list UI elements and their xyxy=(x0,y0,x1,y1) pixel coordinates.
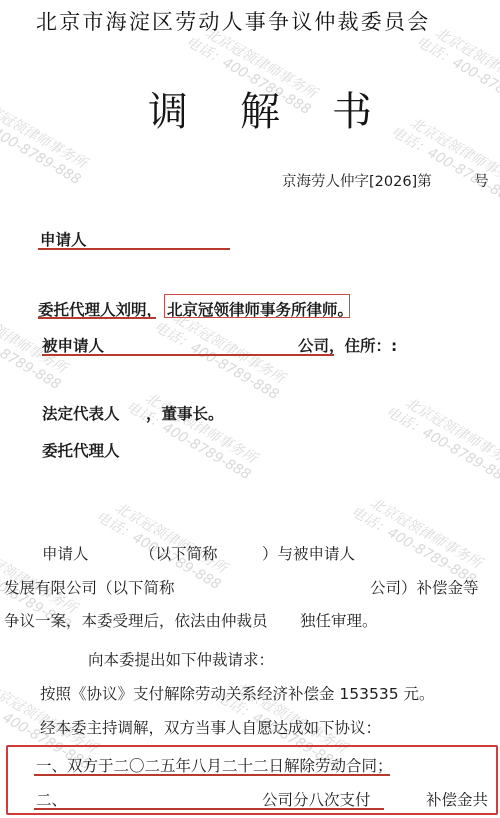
paragraph-agreement-intro: 经本委主持调解，双方当事人自愿达成如下协议： xyxy=(40,716,381,738)
paragraph-vs-respondent: ）与被申请人 xyxy=(262,542,355,564)
paragraph-compensation: 公司）补偿金等 xyxy=(370,576,479,598)
mediation-document-page: 北京冠领律师事务所电话：400-8789-888 北京冠领律师事务所电话：400… xyxy=(0,0,500,818)
paragraph-applicant: 申请人 xyxy=(42,542,89,564)
paragraph-company: 发展有限公司（以下简称 xyxy=(4,576,175,598)
watermark: 北京冠领律师事务所电话：400-8789-888 xyxy=(358,495,487,589)
watermark: 北京冠领律师事务所电话：400-8789-888 xyxy=(393,395,500,489)
watermark: 北京冠领律师事务所电话：400-8789-888 xyxy=(161,310,290,404)
title-char: 书 xyxy=(332,80,424,137)
organization-title: 北京市海淀区劳动人事争议仲裁委员会 xyxy=(36,6,430,36)
reference-suffix: 号 xyxy=(474,170,489,191)
agreement-item-2-payment: 公司分八次支付 xyxy=(262,788,371,810)
document-title: 调解书 xyxy=(148,80,424,137)
reference-text: 京海劳人仲字[2026]第 xyxy=(282,174,432,190)
applicant-label: 申请人 xyxy=(40,228,87,250)
paragraph-claims-intro: 向本委提出如下仲裁请求： xyxy=(88,648,274,670)
watermark: 北京冠领律师事务所电话：400-8789-888 xyxy=(0,95,92,189)
respondent-suffix: 公司，住所：: xyxy=(298,334,397,356)
case-reference-number: 京海劳人仲字[2026]第 号 xyxy=(282,170,432,191)
respondent-agent-label: 委托代理人 xyxy=(42,439,120,461)
legal-representative-suffix: ，董事长。 xyxy=(146,402,224,424)
annotation-underline xyxy=(38,317,156,319)
watermark: 北京冠领律师事务所电话：400-8789-888 xyxy=(423,25,500,119)
annotation-underline xyxy=(42,354,334,356)
annotation-underline xyxy=(34,808,384,810)
agreement-item-1: 一、双方于二〇二五年八月二十二日解除劳动合同； xyxy=(36,754,393,776)
paragraph-claim: 按照《协议》支付解除劳动关系经济补偿金 153535 元。 xyxy=(40,682,435,704)
annotation-underline xyxy=(34,774,390,776)
paragraph-case: 争议一案，本委受理后，依法由仲裁员 xyxy=(4,609,268,631)
annotation-underline xyxy=(38,248,230,250)
agent-firm: 北京冠领律师事务所律师。 xyxy=(167,298,353,320)
legal-representative-label: 法定代表人 xyxy=(42,402,120,424)
agreement-item-2-total: 补偿金共 xyxy=(426,788,488,810)
agreement-item-2-prefix: 二、 xyxy=(36,788,67,810)
paragraph-trial: 独任审理。 xyxy=(300,609,378,631)
respondent-label: 被申请人 xyxy=(42,334,104,356)
title-char: 调 xyxy=(148,80,240,137)
title-char: 解 xyxy=(240,80,332,137)
paragraph-alias: （以下简称 xyxy=(140,542,218,564)
